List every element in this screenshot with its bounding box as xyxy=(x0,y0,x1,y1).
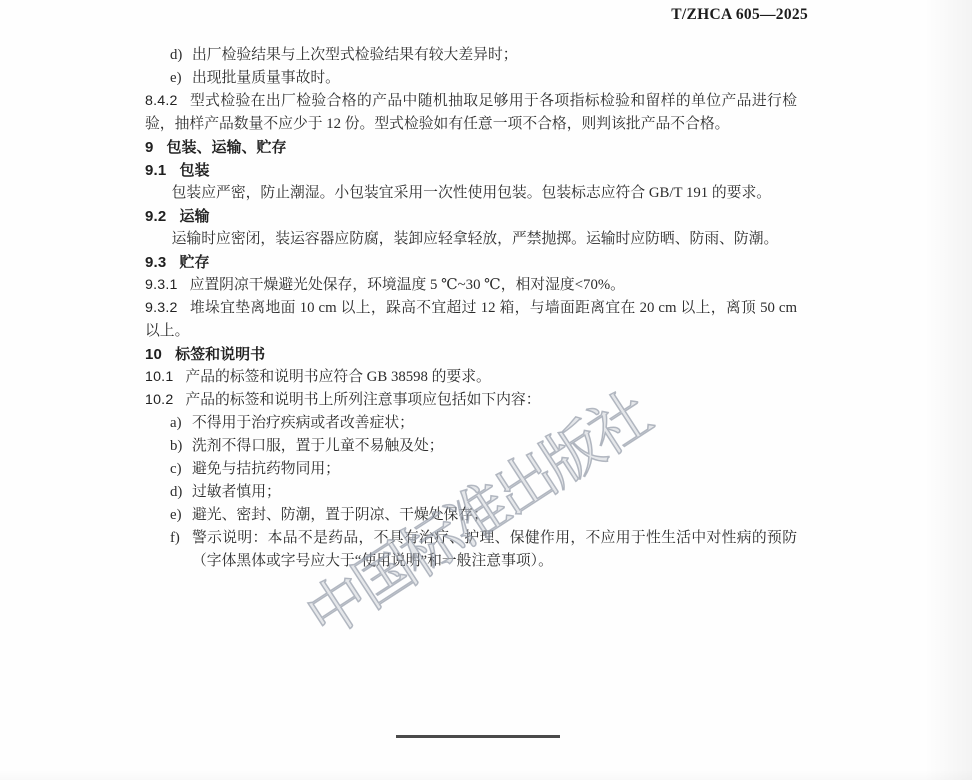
clause-8-4-1-sublist: d) 出厂检验结果与上次型式检验结果有较大差异时； e) 出现批量质量事故时。 xyxy=(145,44,797,90)
section-title: 包装 xyxy=(179,162,209,179)
list-item-text: 警示说明：本品不是药品，不具有治疗、护理、保健作用，不应用于性生活中对性病的预防… xyxy=(192,527,797,573)
list-item-text: 洗剂不得口服，置于儿童不易触及处； xyxy=(192,435,797,458)
scan-edge-shade-right xyxy=(924,0,972,780)
list-item-letter: d) xyxy=(170,481,192,504)
clause-text: 应置阴凉干燥避光处保存，环境温度 5 ℃~30 ℃，相对湿度<70%。 xyxy=(190,277,625,293)
clause-10-2: 10.2产品的标签和说明书上所列注意事项应包括如下内容： xyxy=(145,389,797,412)
list-item-text: 出现批量质量事故时。 xyxy=(192,67,797,90)
clause-text: 堆垛宜垫离地面 10 cm 以上，跺高不宜超过 12 箱，与墙面距离宜在 20 … xyxy=(145,300,797,339)
list-item-letter: e) xyxy=(170,67,192,90)
clause-text: 型式检验在出厂检验合格的产品中随机抽取足够用于各项指标检验和留样的单位产品进行检… xyxy=(145,93,797,132)
list-item-letter: d) xyxy=(170,44,192,67)
section-number: 9.3 xyxy=(145,254,166,271)
list-item-e: e) 避光、密封、防潮，置于阴凉、干燥处保存； xyxy=(170,504,797,527)
list-item-e: e) 出现批量质量事故时。 xyxy=(170,67,797,90)
document-content: d) 出厂检验结果与上次型式检验结果有较大差异时； e) 出现批量质量事故时。 … xyxy=(145,44,797,573)
list-item-text: 不得用于治疗疾病或者改善症状； xyxy=(192,412,797,435)
list-item-c: c) 避免与拮抗药物同用； xyxy=(170,458,797,481)
clause-8-4-2: 8.4.2型式检验在出厂检验合格的产品中随机抽取足够用于各项指标检验和留样的单位… xyxy=(145,90,797,136)
list-item-f: f) 警示说明：本品不是药品，不具有治疗、护理、保健作用，不应用于性生活中对性病… xyxy=(170,527,797,573)
section-title: 包装、运输、贮存 xyxy=(167,139,287,156)
section-9-heading: 9包装、运输、贮存 xyxy=(145,136,797,159)
section-title: 贮存 xyxy=(179,254,209,271)
clause-10-2-sublist: a) 不得用于治疗疾病或者改善症状； b) 洗剂不得口服，置于儿童不易触及处； … xyxy=(145,412,797,573)
section-title: 运输 xyxy=(179,208,209,225)
section-9-3-heading: 9.3贮存 xyxy=(145,251,797,274)
section-9-1-heading: 9.1包装 xyxy=(145,159,797,182)
section-9-2-paragraph: 运输时应密闭，装运容器应防腐，装卸应轻拿轻放，严禁抛掷。运输时应防晒、防雨、防潮… xyxy=(145,228,797,251)
section-9-1-paragraph: 包装应严密，防止潮湿。小包装宜采用一次性使用包装。包装标志应符合 GB/T 19… xyxy=(145,182,797,205)
list-item-d: d) 过敏者慎用； xyxy=(170,481,797,504)
list-item-text: 避光、密封、防潮，置于阴凉、干燥处保存； xyxy=(192,504,797,527)
list-item-letter: c) xyxy=(170,458,192,481)
clause-number: 10.2 xyxy=(145,392,173,408)
clause-number: 9.3.1 xyxy=(145,277,178,293)
clause-9-3-1: 9.3.1应置阴凉干燥避光处保存，环境温度 5 ℃~30 ℃，相对湿度<70%。 xyxy=(145,274,797,297)
document-page: T/ZHCA 605—2025 d) 出厂检验结果与上次型式检验结果有较大差异时… xyxy=(0,0,972,780)
section-number: 9.1 xyxy=(145,162,166,179)
list-item-letter: b) xyxy=(170,435,192,458)
document-end-rule xyxy=(396,735,560,738)
scan-edge-shade-bottom xyxy=(0,770,972,780)
list-item-text: 过敏者慎用； xyxy=(192,481,797,504)
list-item-text: 出厂检验结果与上次型式检验结果有较大差异时； xyxy=(192,44,797,67)
standard-number: T/ZHCA 605—2025 xyxy=(671,6,808,24)
section-9-2-heading: 9.2运输 xyxy=(145,205,797,228)
list-item-a: a) 不得用于治疗疾病或者改善症状； xyxy=(170,412,797,435)
section-number: 9.2 xyxy=(145,208,166,225)
list-item-text: 避免与拮抗药物同用； xyxy=(192,458,797,481)
clause-text: 产品的标签和说明书应符合 GB 38598 的要求。 xyxy=(185,369,490,385)
section-10-heading: 10标签和说明书 xyxy=(145,343,797,366)
list-item-letter: f) xyxy=(170,527,192,573)
clause-number: 8.4.2 xyxy=(145,93,178,109)
clause-number: 9.3.2 xyxy=(145,300,178,316)
section-number: 9 xyxy=(145,139,154,156)
list-item-d: d) 出厂检验结果与上次型式检验结果有较大差异时； xyxy=(170,44,797,67)
clause-number: 10.1 xyxy=(145,369,173,385)
section-title: 标签和说明书 xyxy=(175,346,265,363)
section-number: 10 xyxy=(145,346,162,363)
list-item-b: b) 洗剂不得口服，置于儿童不易触及处； xyxy=(170,435,797,458)
clause-9-3-2: 9.3.2堆垛宜垫离地面 10 cm 以上，跺高不宜超过 12 箱，与墙面距离宜… xyxy=(145,297,797,343)
clause-text: 产品的标签和说明书上所列注意事项应包括如下内容： xyxy=(185,392,540,408)
clause-10-1: 10.1产品的标签和说明书应符合 GB 38598 的要求。 xyxy=(145,366,797,389)
list-item-letter: e) xyxy=(170,504,192,527)
list-item-letter: a) xyxy=(170,412,192,435)
